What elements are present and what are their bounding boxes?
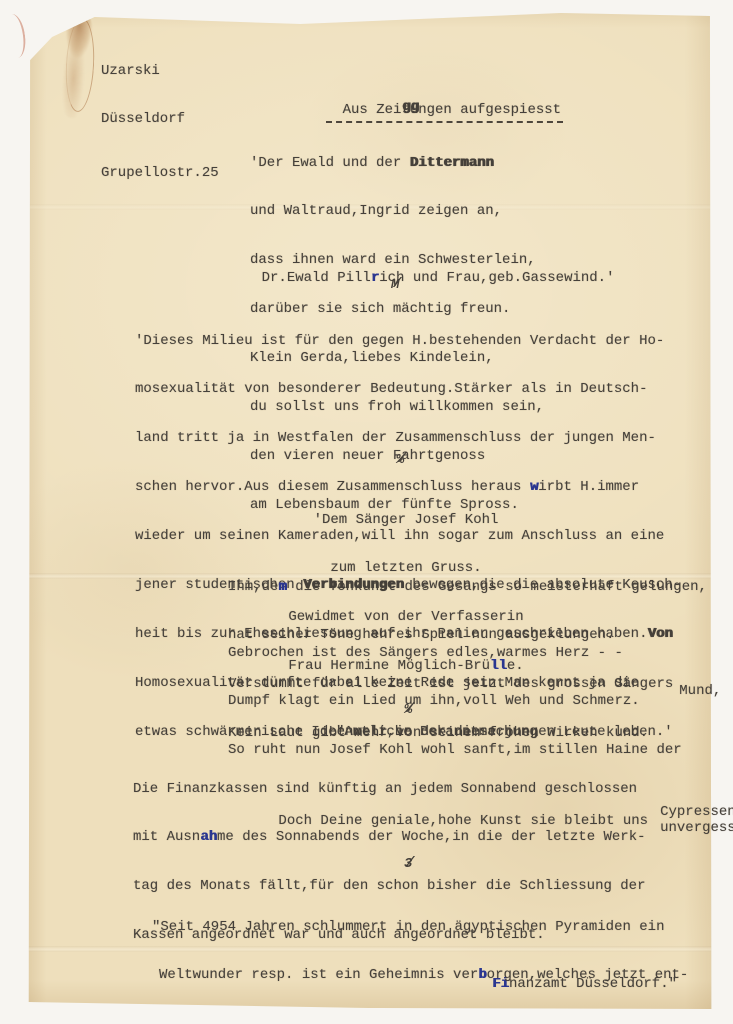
- title-overstrike: gg: [402, 99, 419, 115]
- text-segment: Dr.Ewald Pill: [262, 270, 371, 286]
- text-line: 'Der Ewald und der Dittermann: [250, 155, 544, 171]
- title-text: Aus Zeitungen aufgespiesst: [326, 102, 563, 122]
- ink-overtype: b: [478, 967, 486, 983]
- text-segment: mit Ausn: [133, 829, 200, 845]
- section-divider: % /: [404, 702, 422, 720]
- text-segment: ich und Frau,geb.Gassewind.': [379, 270, 614, 286]
- divider-overstrike: /: [393, 276, 401, 292]
- text-segment: orgen,welches jetzt ent-: [487, 967, 689, 983]
- text-line: Die Finanzkassen sind künftig an jedem S…: [133, 781, 705, 797]
- text-line: Gebrochen ist des Sängers edles,warmes H…: [228, 645, 733, 661]
- text-line: und Waltraud,Ingrid zeigen an,: [250, 203, 544, 219]
- section-divider: 3 /: [404, 856, 422, 874]
- divider-overstrike: /: [406, 701, 414, 717]
- text-line: mosexualität von besonderer Bedeutung.St…: [135, 381, 681, 397]
- text-segment: 'Der Ewald und der: [250, 155, 410, 171]
- section-divider: M /: [391, 277, 409, 295]
- text-line: 'Dieses Milieu ist für den gegen H.beste…: [135, 333, 681, 349]
- sender-city: Düsseldorf: [101, 111, 219, 127]
- ink-overtype: ah: [200, 829, 217, 845]
- text-segment: Ihm,de: [228, 579, 278, 595]
- text-line: "Seit 4954 Jahren schlummert in den ägyp…: [152, 919, 688, 935]
- divider-overstrike: /: [406, 855, 414, 871]
- text-line: land tritt ja in Westfalen der Zusammens…: [135, 430, 681, 446]
- scanned-document: Uzarski Düsseldorf Grupellostr.25 Aus Ze…: [0, 0, 733, 1024]
- overtyped-word: Dittermann: [410, 155, 494, 171]
- ink-overtype: r: [371, 270, 379, 286]
- section-divider: % /: [396, 452, 414, 470]
- text-line: mit Ausnahme des Sonnabends der Woche,in…: [133, 829, 705, 845]
- text-line: Ihm,dem die Tonkunst des Gesangs so meis…: [228, 579, 715, 595]
- text-segment: me des Sonnabends der Woche,in die der l…: [217, 829, 645, 845]
- text-line: Weltwunder resp. ist ein Geheimnis verbo…: [159, 967, 688, 983]
- paragraph-pyramids: "Seit 4954 Jahren schlummert in den ägyp…: [152, 886, 688, 1016]
- sender-street: Grupellostr.25: [101, 165, 219, 181]
- sender-address: Uzarski Düsseldorf Grupellostr.25: [101, 30, 219, 214]
- amtliche-heading: "Amtliche Bekanntmachung: [336, 724, 538, 740]
- text-segment: die Tonkunst des Gesangs so meisterhaft …: [287, 579, 707, 595]
- sender-name: Uzarski: [101, 63, 219, 79]
- ink-overtype: m: [278, 579, 286, 595]
- text-segment: Weltwunder resp. ist ein Geheimnis ver: [159, 967, 478, 983]
- divider-overstrike: /: [398, 451, 406, 467]
- edge-ink-mark: [2, 13, 28, 59]
- announcement-signature: Dr.Ewald Pillrich und Frau,geb.Gassewind…: [228, 254, 614, 303]
- text-line: Dumpf klagt ein Lied um ihn,voll Weh und…: [228, 693, 733, 709]
- text-line: 'Dem Sänger Josef Kohl: [246, 512, 566, 528]
